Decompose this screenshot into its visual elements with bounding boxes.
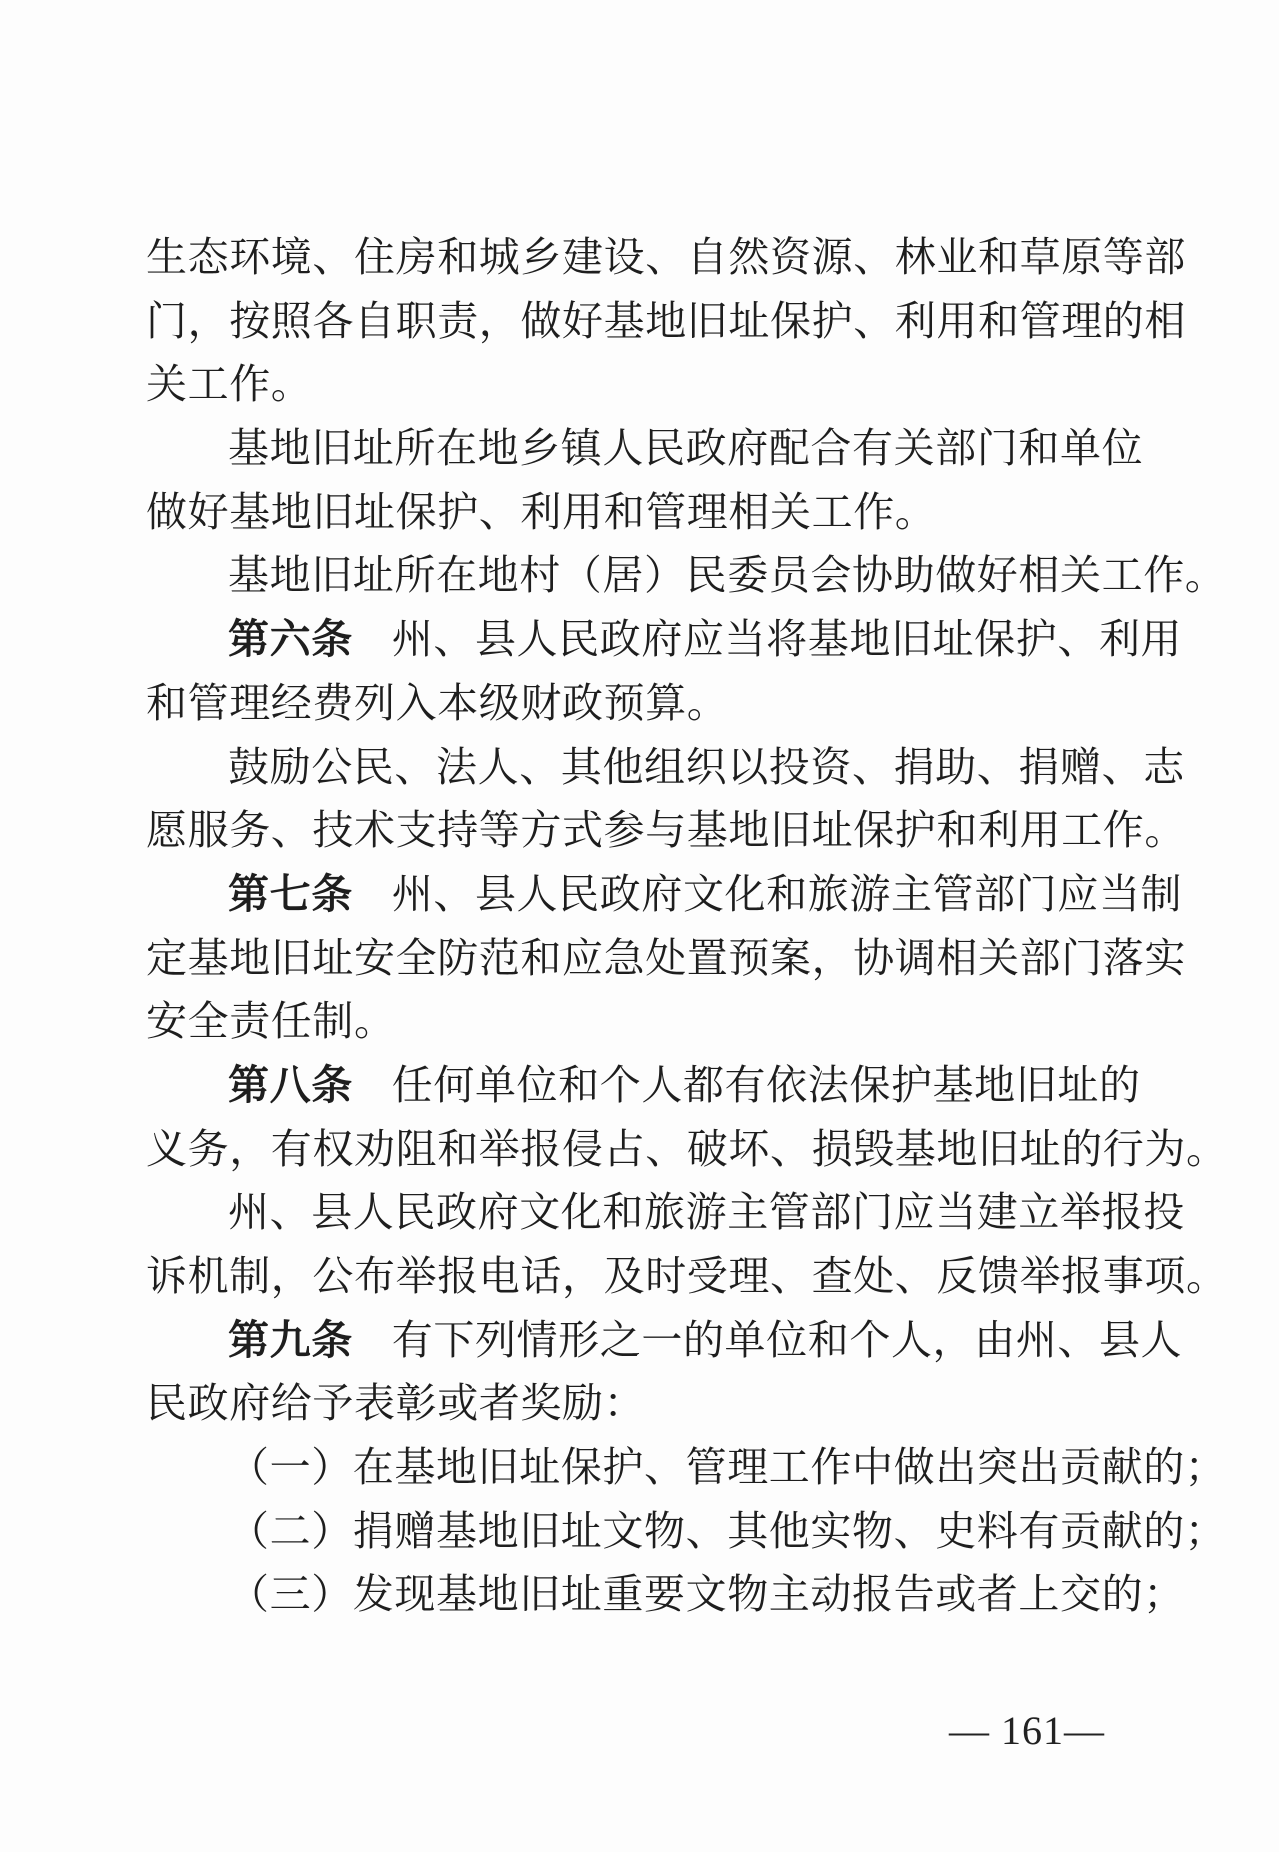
text-line: （三）发现基地旧址重要文物主动报告或者上交的； xyxy=(146,1563,1138,1627)
text-line: 诉机制，公布举报电话，及时受理、查处、反馈举报事项。 xyxy=(146,1245,1138,1309)
text-line: 门，按照各自职责，做好基地旧址保护、利用和管理的相 xyxy=(146,290,1138,354)
document-lines: 生态环境、住房和城乡建设、自然资源、林业和草原等部门，按照各自职责，做好基地旧址… xyxy=(146,226,1138,1627)
page-number: — 161— xyxy=(949,1703,1105,1759)
article-number: 第七条 xyxy=(228,871,353,917)
article-number: 第六条 xyxy=(228,616,353,662)
article-number: 第九条 xyxy=(228,1317,353,1363)
document-page: 生态环境、住房和城乡建设、自然资源、林业和草原等部门，按照各自职责，做好基地旧址… xyxy=(0,0,1279,1852)
text-line: 义务，有权劝阻和举报侵占、破坏、损毁基地旧址的行为。 xyxy=(146,1118,1138,1182)
text-line: 第九条有下列情形之一的单位和个人，由州、县人 xyxy=(146,1309,1138,1373)
text-line: 定基地旧址安全防范和应急处置预案，协调相关部门落实 xyxy=(146,927,1138,991)
text-line: 安全责任制。 xyxy=(146,990,1138,1054)
text-line: 和管理经费列入本级财政预算。 xyxy=(146,672,1138,736)
text-line: 第八条任何单位和个人都有依法保护基地旧址的 xyxy=(146,1054,1138,1118)
text-line: 基地旧址所在地乡镇人民政府配合有关部门和单位 xyxy=(146,417,1138,481)
text-line: （一）在基地旧址保护、管理工作中做出突出贡献的； xyxy=(146,1436,1138,1500)
text-line: 愿服务、技术支持等方式参与基地旧址保护和利用工作。 xyxy=(146,799,1138,863)
text-line: 第七条州、县人民政府文化和旅游主管部门应当制 xyxy=(146,863,1138,927)
text-line: 民政府给予表彰或者奖励： xyxy=(146,1372,1138,1436)
text-line: 关工作。 xyxy=(146,353,1138,417)
text-line: （二）捐赠基地旧址文物、其他实物、史料有贡献的； xyxy=(146,1500,1138,1564)
text-line: 州、县人民政府文化和旅游主管部门应当建立举报投 xyxy=(146,1181,1138,1245)
text-line: 做好基地旧址保护、利用和管理相关工作。 xyxy=(146,481,1138,545)
text-line: 鼓励公民、法人、其他组织以投资、捐助、捐赠、志 xyxy=(146,736,1138,800)
article-number: 第八条 xyxy=(228,1062,353,1108)
text-line: 基地旧址所在地村（居）民委员会协助做好相关工作。 xyxy=(146,544,1138,608)
text-line: 生态环境、住房和城乡建设、自然资源、林业和草原等部 xyxy=(146,226,1138,290)
text-line: 第六条州、县人民政府应当将基地旧址保护、利用 xyxy=(146,608,1138,672)
